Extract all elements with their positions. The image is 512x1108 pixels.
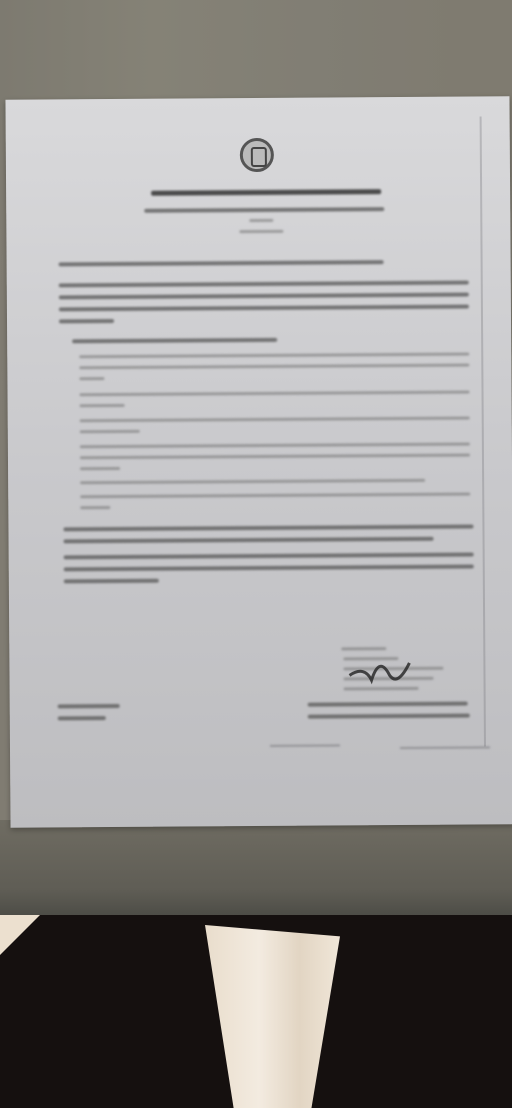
fold-shadow [270,744,340,746]
emblem-seal-icon [240,138,274,172]
document-page: Document text is too blurry to read at t… [5,96,512,828]
ledge [0,820,512,920]
page-edge-line [480,116,486,746]
handwritten-signature [339,645,434,696]
fold-shadow [400,746,490,749]
